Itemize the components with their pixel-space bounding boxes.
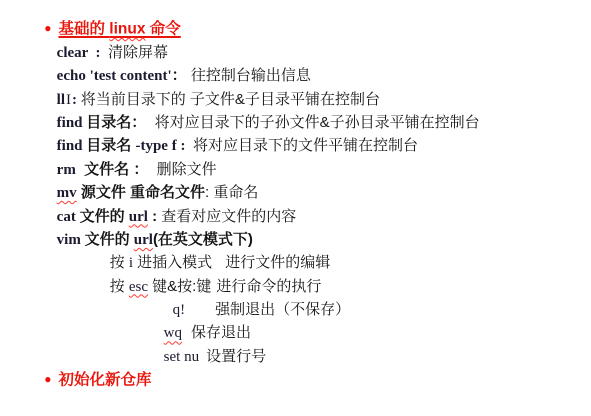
vim-tail: (在英文模式下) (153, 231, 253, 248)
rm-arg: 文件名 ： (76, 161, 153, 178)
vim-arg: 文件的 (85, 231, 134, 248)
cat-arg: 文件的 (80, 208, 129, 225)
command-vim: vim (57, 232, 85, 248)
section-heading-init-repo: ●初始化新仓库 (0, 345, 591, 368)
desc-cat: 查看对应文件的内容 (161, 208, 296, 225)
ll-colon: : (72, 92, 81, 108)
vim-url: url (134, 232, 153, 248)
desc-clear: 清除屏幕 (108, 44, 168, 61)
desc-find: 将对应目录下的子孙文件&子孙目录平铺在控制台 (155, 114, 480, 131)
find-arg: 目录名： (86, 114, 154, 131)
linux-notes-document: ●基础的 linux 命令 clear : 清除屏幕 echo 'test co… (0, 0, 591, 368)
command-find-2: find (57, 138, 87, 154)
desc-echo: 往控制台输出信息 (191, 67, 311, 84)
key-esc: esc (129, 279, 148, 295)
bullet-icon: ● (44, 17, 51, 40)
echo-colon: ： (172, 67, 191, 84)
cat-url: url (129, 209, 148, 225)
command-ll: ll (57, 92, 65, 108)
find2-colon: : (177, 138, 193, 154)
desc-ll: 将当前目录下的 子文件&子目录平铺在控制台 (81, 91, 380, 108)
press-i-tail: 进行文件的编辑 (225, 254, 330, 271)
mv-arg: 源文件 重命名文件 (77, 184, 205, 201)
heading-keyword-linux: linux (109, 21, 145, 38)
press-i-mid: 进插入模式 (133, 254, 212, 271)
find2-arg: 目录名 (86, 137, 135, 154)
desc-set-nu: 设置行号 (206, 348, 266, 365)
desc-find2: 将对应目录下的文件平铺在控制台 (193, 137, 418, 154)
desc-q: 强制退出（不保存） (215, 301, 350, 318)
command-cat: cat (57, 209, 80, 225)
command-find: find (57, 115, 87, 131)
key-set-nu: set nu (164, 349, 199, 365)
section-heading-basic-linux: ●基础的 linux 命令 (0, 0, 591, 17)
command-rm: rm (57, 162, 76, 178)
heading-post: 命令 (145, 21, 180, 38)
desc-wq: 保存退出 (191, 324, 251, 341)
key-q-bang: q! (173, 302, 186, 318)
key-wq: wq (164, 325, 182, 341)
cat-colon: : (148, 208, 161, 225)
command-clear: clear : (57, 45, 108, 61)
press-esc-pre: 按 (110, 278, 129, 295)
note-line-set-nu: set nu设置行号 (0, 321, 591, 344)
command-echo: echo 'test content' (57, 68, 172, 84)
text-cursor-icon: I (66, 92, 71, 108)
find2-flag: -type f (135, 138, 176, 154)
press-esc-mid: 键&按:键 (148, 278, 211, 295)
heading-pre: 基础的 (58, 21, 109, 38)
section-heading-text: 基础的 linux 命令 (58, 21, 180, 38)
press-i-pre: 按 (110, 254, 129, 271)
press-esc-tail: 进行命令的执行 (216, 278, 321, 295)
desc-mv: 重命名 (213, 184, 258, 201)
desc-rm: 删除文件 (153, 161, 217, 178)
command-mv: mv (57, 185, 77, 201)
